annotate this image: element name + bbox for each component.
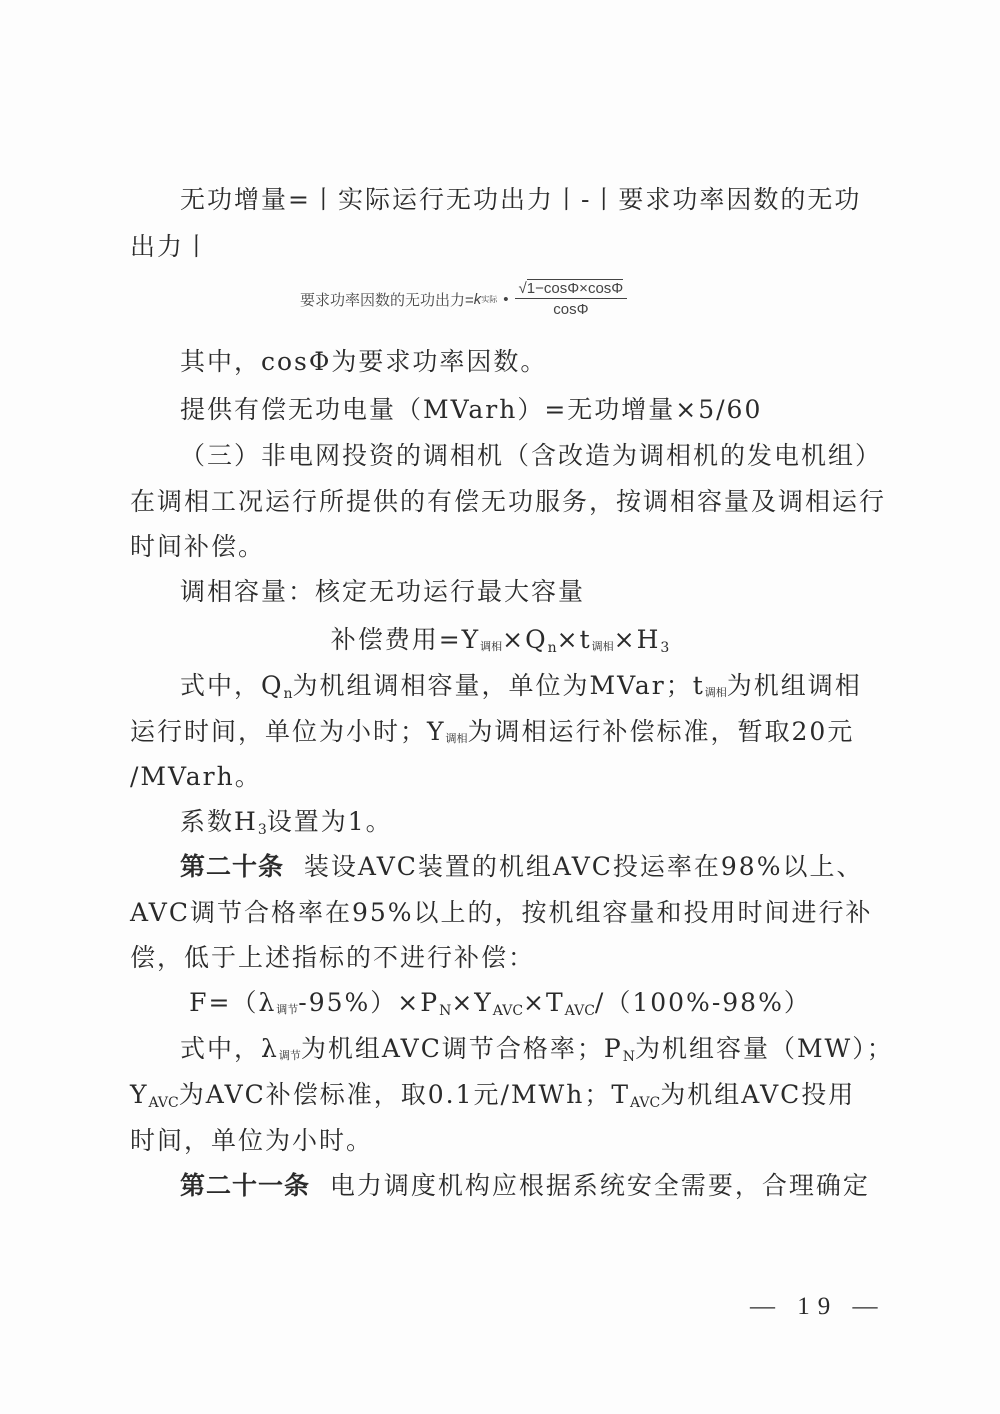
sub: 调相 [446, 732, 468, 745]
paragraph-line: 时间，单位为小时。 [130, 1126, 373, 1156]
paragraph-line: 式中，λ调节为机组AVC调节合格率；PN为机组容量（MW）； [180, 1034, 894, 1072]
text: 运行时间，单位为小时；Y [130, 717, 446, 746]
formula-sub: 调相 [480, 640, 502, 653]
text: 为机组调相容量，单位为MVar；t [293, 671, 705, 700]
paragraph-line: 无功增量=丨实际运行无功出力丨-丨要求功率因数的无功 [180, 185, 861, 215]
article-heading: 第二十一条 [180, 1171, 310, 1200]
text: Y [130, 1080, 149, 1109]
sqrt-sign: √ [519, 280, 527, 297]
article-heading: 第二十条 [180, 852, 284, 881]
formula-text: ×t [557, 625, 592, 654]
formula-k-sub: 实际 [481, 294, 497, 305]
sub: 调节 [279, 1049, 301, 1062]
sub: N [623, 1049, 635, 1065]
text: 式中，Q [180, 671, 284, 700]
text: 系数H [180, 807, 258, 836]
page-number: — 19 — [750, 1293, 886, 1321]
formula-text: -95%）×P [298, 988, 439, 1017]
formula-sub: n [548, 640, 557, 656]
formula-sub: 调节 [276, 1003, 298, 1016]
formula-text: F=（λ [189, 988, 276, 1017]
text: 为机组容量（MW）； [635, 1034, 894, 1063]
paragraph-line: 提供有偿无功电量（MVarh）=无功增量×5/60 [180, 395, 762, 425]
text: 为调相运行补偿标准，暂取20元 [468, 717, 855, 746]
formula-text: ×Q [502, 625, 547, 654]
text: 式中，λ [180, 1034, 279, 1063]
formula-text: 补偿费用=Y [331, 625, 480, 654]
formula-sub: AVC [565, 1003, 595, 1019]
paragraph-line: 偿，低于上述指标的不进行补偿： [130, 943, 535, 973]
formula-text: ×Y [451, 988, 492, 1017]
sub: 3 [258, 822, 267, 838]
paragraph-line: （三）非电网投资的调相机（含改造为调相机的发电机组） [180, 441, 882, 471]
formula-sub: N [439, 1003, 451, 1019]
formula-k: k [474, 291, 482, 308]
formula-text: ×H [614, 625, 661, 654]
paragraph-line: 运行时间，单位为小时；Y调相为调相运行补偿标准，暂取20元 [130, 717, 854, 754]
sub: AVC [149, 1095, 179, 1111]
document-page: 无功增量=丨实际运行无功出力丨-丨要求功率因数的无功 出力丨 要求功率因数的无功… [0, 0, 1000, 1414]
text: 电力调度机构应根据系统安全需要，合理确定 [330, 1171, 870, 1200]
paragraph-line: 其中，cosΦ为要求功率因数。 [180, 347, 547, 377]
paragraph-line: 调相容量：核定无功运行最大容量 [180, 577, 585, 607]
sub: 调相 [705, 686, 727, 699]
formula-denominator: cosΦ [553, 299, 588, 318]
paragraph-line: 出力丨 [130, 232, 211, 262]
formula-avc: F=（λ调节-95%）×PN×YAVC×TAVC/（100%-98%） [0, 988, 1000, 1026]
text: 设置为1。 [267, 807, 393, 836]
paragraph-line: /MVarh。 [130, 762, 262, 792]
formula-text: ×T [523, 988, 565, 1017]
paragraph-line: 式中，Qn为机组调相容量，单位为MVar；t调相为机组调相 [180, 671, 862, 709]
formula-lhs: 要求功率因数的无功出力= [300, 289, 474, 310]
text: 装设AVC装置的机组AVC投运率在98%以上、 [304, 852, 864, 881]
article-20-line: 第二十条 装设AVC装置的机组AVC投运率在98%以上、 [180, 852, 863, 882]
paragraph-line: AVC调节合格率在95%以上的，按机组容量和投用时间进行补 [130, 898, 873, 928]
formula-sub: 3 [660, 640, 669, 656]
formula-image-reactive-output: 要求功率因数的无功出力= k实际 • √1−cosΦ×cosΦ cosΦ [300, 280, 627, 318]
paragraph-line: 系数H3设置为1。 [180, 807, 393, 845]
formula-compensation-fee: 补偿费用=Y调相×Qn×t调相×H3 [0, 625, 1000, 663]
formula-text: /（100%-98%） [595, 988, 811, 1017]
sub: n [284, 686, 293, 702]
paragraph-line: 在调相工况运行所提供的有偿无功服务，按调相容量及调相运行 [130, 487, 886, 517]
sub: AVC [630, 1095, 660, 1111]
text: 为机组AVC投用 [660, 1080, 855, 1109]
text: 为机组调相 [727, 671, 862, 700]
paragraph-line: 时间补偿。 [130, 532, 265, 562]
paragraph-line: YAVC为AVC补偿标准，取0.1元/MWh；TAVC为机组AVC投用 [130, 1080, 855, 1118]
article-21-line: 第二十一条 电力调度机构应根据系统安全需要，合理确定 [180, 1171, 870, 1201]
formula-numerator: √1−cosΦ×cosΦ [515, 280, 628, 299]
text: 为机组AVC调节合格率；P [301, 1034, 623, 1063]
formula-sub: AVC [493, 1003, 523, 1019]
formula-fraction: √1−cosΦ×cosΦ cosΦ [515, 280, 628, 318]
text: 为AVC补偿标准，取0.1元/MWh；T [179, 1080, 630, 1109]
formula-sub: 调相 [592, 640, 614, 653]
sqrt-content: 1−cosΦ×cosΦ [527, 279, 623, 297]
formula-dot: • [503, 291, 508, 308]
